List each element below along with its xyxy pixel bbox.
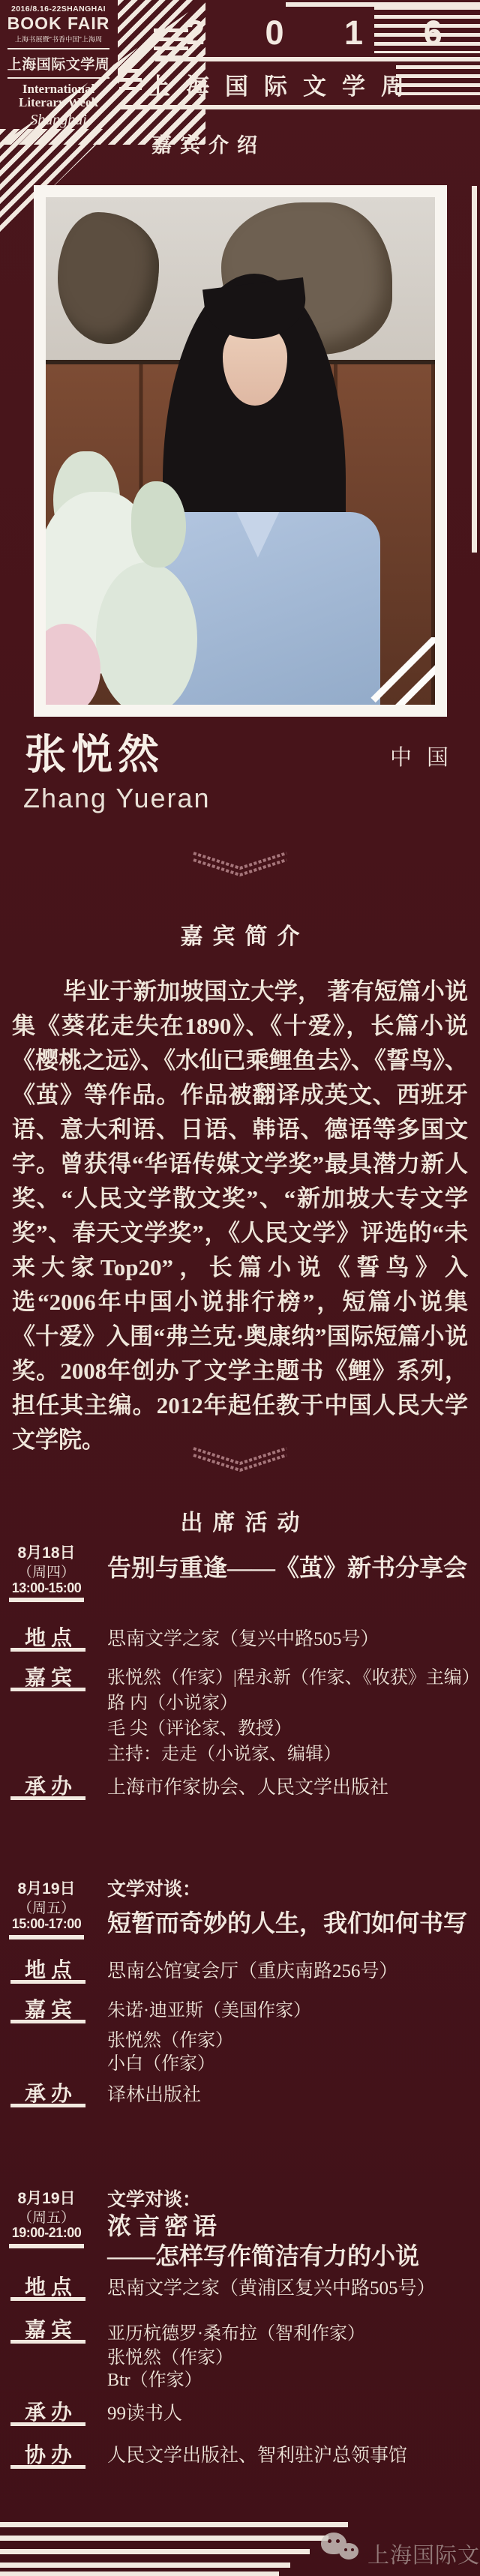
- guests-label: 嘉 宾: [25, 2314, 72, 2344]
- event-guest: 张悦然（作家）: [107, 2025, 233, 2051]
- organizer-label: 承 办: [25, 2077, 72, 2107]
- right-edge-line: [472, 186, 477, 553]
- logo-divider: [7, 48, 109, 49]
- event-time: 15:00-17:00: [6, 1916, 87, 1932]
- label-underline: [10, 2340, 85, 2344]
- bottom-stripe: [0, 2522, 348, 2527]
- guests-label: 嘉 宾: [25, 1661, 72, 1691]
- event-date: 8月19日: [6, 1877, 87, 1899]
- organizer-label: 承 办: [25, 1770, 72, 1800]
- event-weekday: （周五）: [6, 2206, 87, 2227]
- events-heading: 出席活动: [0, 1504, 480, 1537]
- date-underline: [9, 1935, 84, 1939]
- label-underline: [10, 2297, 85, 2301]
- bottom-stripe: [0, 2549, 310, 2554]
- label-underline: [10, 1980, 85, 1984]
- logo-book-fair: BOOK FAIR: [6, 13, 111, 33]
- watermark-text: 上海国际文学周: [367, 2539, 480, 2569]
- poster: 2016/8.16-22SHANGHAI BOOK FAIR 上海书展暨“书香中…: [0, 0, 480, 2576]
- chevron-down-icon: [190, 1444, 289, 1477]
- event-organizer: 99读书人: [107, 2398, 182, 2425]
- organizer-label: 承 办: [25, 2396, 72, 2426]
- guest-photo: [46, 197, 435, 705]
- event-organizer: 上海市作家协会、人民文学出版社: [107, 1772, 388, 1799]
- event-title: 文学对谈：: [107, 1874, 201, 1901]
- event-time: 19:00-21:00: [6, 2225, 87, 2241]
- label-underline: [10, 2104, 85, 2107]
- guest-photo-frame: [34, 185, 447, 717]
- event-guest: 主持：走走（小说家、编辑）: [107, 1739, 341, 1765]
- label-underline: [10, 2465, 85, 2469]
- logo-cn-line: 上海书展暨“书香中国”上海周: [10, 34, 107, 44]
- logo-cn-week: 上海国际文学周: [6, 53, 111, 73]
- event-location: 思南文学之家（黄浦区复兴中路505号）: [107, 2273, 436, 2300]
- location-label: 地 点: [25, 1954, 72, 1984]
- bottom-stripe: [0, 2536, 328, 2541]
- event-weekday: （周四）: [6, 1561, 87, 1581]
- location-label: 地 点: [25, 1622, 72, 1652]
- guest-name-cn: 张悦然: [25, 721, 164, 780]
- event-weekday: （周五）: [6, 1897, 87, 1917]
- label-underline: [10, 2020, 85, 2023]
- photo-flower-green: [131, 481, 186, 568]
- event-guest: 路 内（小说家）: [107, 1688, 238, 1714]
- photo-corner-slashes: [360, 637, 435, 705]
- guest-name-en: Zhang Yueran: [23, 783, 211, 814]
- event-location: 思南公馆宴会厅（重庆南路256号）: [107, 1956, 398, 1983]
- event-date: 8月18日: [6, 1541, 87, 1563]
- event-date: 8月19日: [6, 2186, 87, 2209]
- bottom-stripe: [0, 2572, 279, 2576]
- guest-country: 中国: [390, 741, 463, 771]
- label-underline: [10, 1648, 85, 1652]
- profile-heading: 嘉宾简介: [0, 918, 480, 951]
- event-guest: 朱诺·迪亚斯（美国作家）: [107, 1995, 311, 2021]
- label-underline: [10, 2422, 85, 2426]
- event-guest: 张悦然（作家）|程永新（作家、《收获》主编）: [107, 1662, 480, 1688]
- guest-bio: 毕业于新加坡国立大学， 著有短篇小说集《葵花走失在1890》、《十爱》，长篇小说…: [12, 975, 468, 1457]
- event-time: 13:00-15:00: [6, 1580, 87, 1596]
- date-underline: [9, 2244, 84, 2248]
- co-organizer-label: 协 办: [25, 2439, 72, 2469]
- event-title: 告别与重逢——《茧》新书分享会: [107, 1549, 467, 1583]
- guests-label: 嘉 宾: [25, 1993, 72, 2023]
- event-co-organizer: 人民文学出版社、智利驻沪总领事馆: [107, 2440, 407, 2467]
- chevron-down-icon: [190, 849, 289, 882]
- label-underline: [10, 1796, 85, 1800]
- bottom-stripe: [0, 2563, 290, 2568]
- event-guest: Btr（作家）: [107, 2365, 202, 2391]
- label-underline: [10, 1688, 85, 1691]
- photo-flower-hydrangea: [96, 562, 197, 705]
- event-guest: 毛 尖（评论家、教授）: [107, 1713, 292, 1739]
- header-year: 2 0 1 6: [186, 13, 468, 52]
- event-organizer: 译林出版社: [107, 2080, 201, 2107]
- event-guest: 亚历杭德罗·桑布拉（智利作家）: [107, 2318, 365, 2344]
- event-guest: 小白（作家）: [107, 2048, 215, 2074]
- wechat-icon: [321, 2533, 366, 2569]
- event-title: ——怎样写作简洁有力的小说: [107, 2237, 419, 2272]
- location-label: 地 点: [25, 2271, 72, 2301]
- logo-date-line: 2016/8.16-22SHANGHAI: [6, 4, 111, 13]
- event-location: 思南文学之家（复兴中路505号）: [107, 1624, 379, 1651]
- event-title: 短暂而奇妙的人生，我们如何书写: [107, 1904, 467, 1939]
- date-underline: [9, 1598, 84, 1602]
